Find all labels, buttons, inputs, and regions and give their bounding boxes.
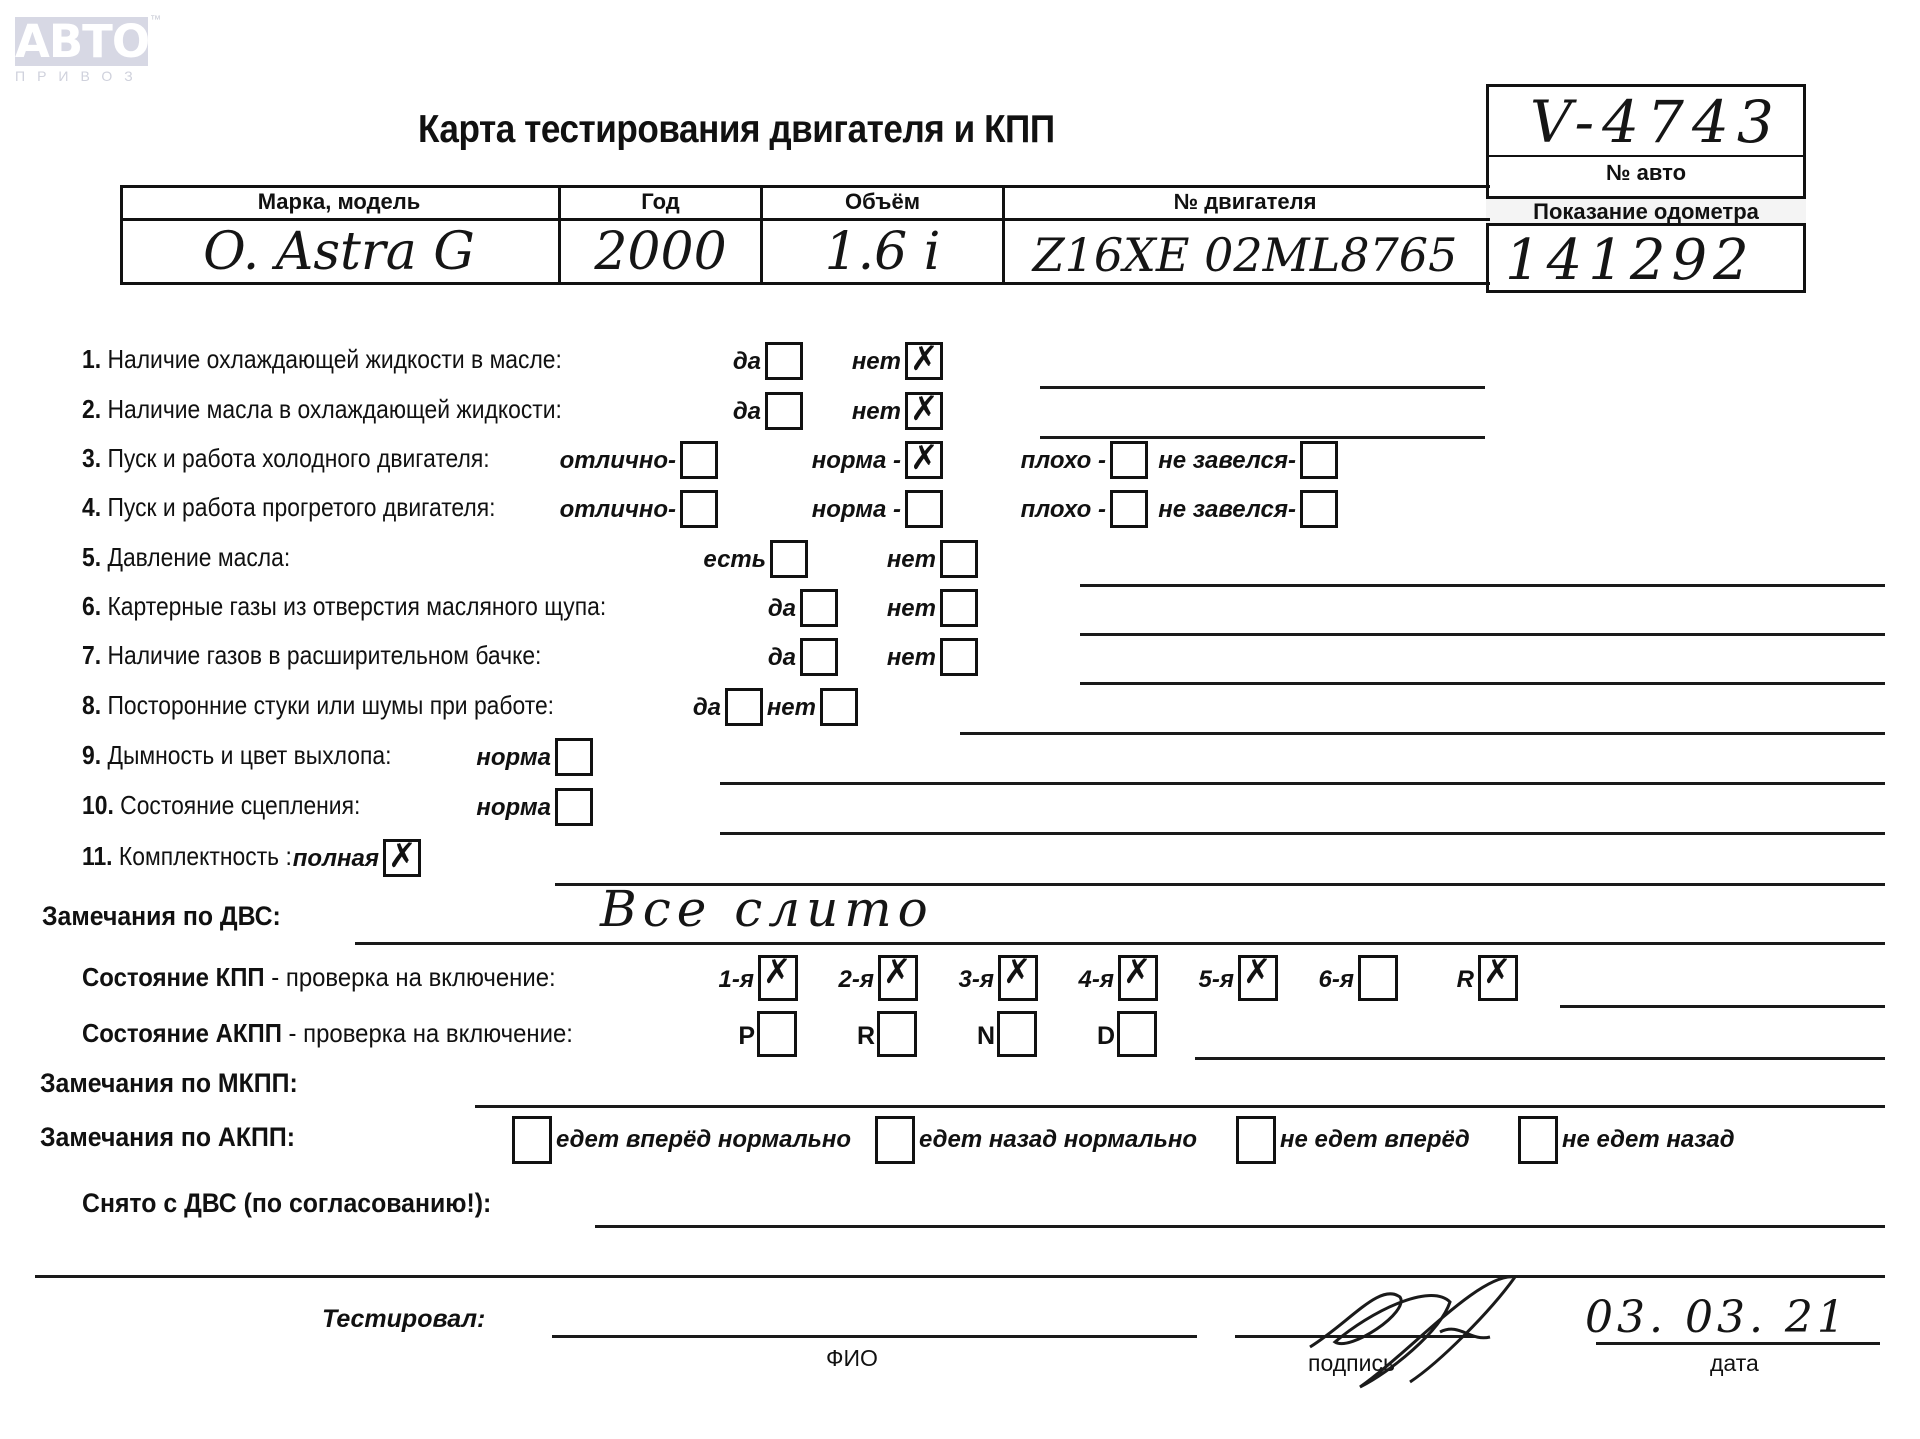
- removed-line: [595, 1225, 1885, 1228]
- gear-label: 4-я: [1079, 966, 1114, 994]
- gear-checkbox[interactable]: ✗: [878, 955, 918, 1001]
- option-label: нет: [852, 348, 901, 376]
- option-label: плохо -: [1021, 447, 1106, 475]
- checkbox[interactable]: [725, 688, 763, 726]
- question-label: Состояние сцепления:: [120, 790, 360, 820]
- option-label: норма -: [812, 447, 901, 475]
- question-number: 6.: [82, 591, 107, 621]
- manual-gearbox-label-bold: Состояние КПП: [82, 962, 265, 992]
- notes-line: [720, 782, 1885, 785]
- gear-checkbox[interactable]: ✗: [1238, 955, 1278, 1001]
- question-number: 7.: [82, 640, 107, 670]
- option-label: норма: [476, 794, 551, 822]
- question-number: 4.: [82, 492, 107, 522]
- question-text: 6. Картерные газы из отверстия масляного…: [82, 591, 606, 622]
- checkbox[interactable]: [940, 589, 978, 627]
- gear-checkbox[interactable]: ✗: [998, 955, 1038, 1001]
- auto-remark-label: едет вперёд нормально: [556, 1126, 851, 1154]
- checkbox[interactable]: [765, 342, 803, 380]
- position-checkbox[interactable]: [997, 1011, 1037, 1057]
- question-number: 5.: [82, 542, 107, 572]
- check-mark-icon: ✗: [763, 952, 792, 992]
- checkbox[interactable]: ✗: [905, 441, 943, 479]
- question-label: Пуск и работа холодного двигателя:: [107, 443, 489, 473]
- manual-gearbox-label: Состояние КПП - проверка на включение:: [82, 962, 556, 993]
- question-text: 10. Состояние сцепления:: [82, 790, 360, 821]
- question-label: Наличие охлаждающей жидкости в масле:: [107, 344, 561, 374]
- table-divider: [120, 218, 1490, 221]
- option-label: плохо -: [1021, 496, 1106, 524]
- question-text: 9. Дымность и цвет выхлопа:: [82, 740, 391, 771]
- question-number: 1.: [82, 344, 107, 374]
- date-value: 03. 03. 21: [1585, 1292, 1849, 1343]
- page-title: Карта тестирования двигателя и КПП: [418, 108, 1055, 152]
- auto-gearbox-label: Состояние АКПП - проверка на включение:: [82, 1018, 573, 1049]
- question-number: 8.: [82, 690, 107, 720]
- position-label: N: [977, 1022, 995, 1051]
- auto-remarks-label: Замечания по АКПП:: [40, 1122, 295, 1153]
- option-label: да: [733, 398, 761, 426]
- option-label: да: [768, 644, 796, 672]
- question-text: 8. Посторонние стуки или шумы при работе…: [82, 690, 554, 721]
- make-model-value: O. Astra G: [120, 222, 558, 282]
- question-text: 3. Пуск и работа холодного двигателя:: [82, 443, 490, 474]
- option-label: нет: [887, 595, 936, 623]
- checkbox[interactable]: [770, 540, 808, 578]
- checkbox[interactable]: [1110, 441, 1148, 479]
- option-label: есть: [703, 546, 766, 574]
- checkbox[interactable]: ✗: [905, 342, 943, 380]
- checkbox[interactable]: ✗: [905, 392, 943, 430]
- logo: АВТО: [15, 17, 148, 66]
- question-label: Наличие масла в охлаждающей жидкости:: [107, 394, 561, 424]
- question-text: 4. Пуск и работа прогретого двигателя:: [82, 492, 495, 523]
- odometer-label: Показание одометра: [1486, 196, 1806, 226]
- checkbox[interactable]: [1300, 490, 1338, 528]
- checkbox[interactable]: [940, 540, 978, 578]
- question-label: Давление масла:: [107, 542, 290, 572]
- column-header-make-model: Марка, модель: [120, 189, 558, 215]
- manual-gearbox-line: [1560, 1005, 1885, 1008]
- notes-line: [1080, 584, 1885, 587]
- option-label: да: [693, 694, 721, 722]
- notes-line: [1080, 633, 1885, 636]
- option-label: норма -: [812, 496, 901, 524]
- manual-gearbox-label-rest: - проверка на включение:: [265, 962, 556, 992]
- checkbox[interactable]: [905, 490, 943, 528]
- option-label: нет: [852, 398, 901, 426]
- auto-gearbox-label-rest: - проверка на включение:: [282, 1018, 573, 1048]
- removed-label: Снято с ДВС (по согласованию!):: [82, 1188, 491, 1219]
- check-mark-icon: ✗: [910, 389, 939, 429]
- gear-checkbox[interactable]: ✗: [758, 955, 798, 1001]
- position-checkbox[interactable]: [877, 1011, 917, 1057]
- checkbox[interactable]: [940, 638, 978, 676]
- position-label: D: [1097, 1022, 1115, 1051]
- auto-remark-label: едет назад нормально: [919, 1126, 1197, 1154]
- checkbox[interactable]: ✗: [383, 839, 421, 877]
- position-checkbox[interactable]: [757, 1011, 797, 1057]
- gear-checkbox[interactable]: ✗: [1118, 955, 1158, 1001]
- volume-value: 1.6 i: [763, 222, 1002, 282]
- check-mark-icon: ✗: [1483, 952, 1512, 992]
- checkbox[interactable]: [820, 688, 858, 726]
- checkbox[interactable]: [555, 788, 593, 826]
- question-label: Посторонние стуки или шумы при работе:: [107, 690, 554, 720]
- option-label: нет: [887, 546, 936, 574]
- question-number: 9.: [82, 740, 107, 770]
- position-label: P: [738, 1022, 755, 1051]
- checkbox[interactable]: [680, 490, 718, 528]
- check-mark-icon: ✗: [388, 836, 417, 876]
- option-label: отлично-: [560, 447, 676, 475]
- question-text: 5. Давление масла:: [82, 542, 290, 573]
- auto-remark-label: не едет назад: [1562, 1126, 1735, 1154]
- gear-label: 5-я: [1199, 966, 1234, 994]
- column-header-volume: Объём: [763, 189, 1002, 215]
- notes-line: [1040, 386, 1485, 389]
- auto-remark-checkbox[interactable]: [1236, 1116, 1276, 1164]
- checkbox[interactable]: [800, 638, 838, 676]
- question-text: 11. Комплектность :: [82, 841, 292, 872]
- gear-checkbox[interactable]: [1358, 955, 1398, 1001]
- logo-trademark: ™: [150, 14, 161, 26]
- gear-label: 2-я: [839, 966, 874, 994]
- checkbox[interactable]: [1300, 441, 1338, 479]
- check-mark-icon: ✗: [910, 339, 939, 379]
- notes-line: [1080, 682, 1885, 685]
- engine-number-value: Z16XE 02ML8765: [1005, 228, 1485, 282]
- question-number: 11.: [82, 841, 119, 871]
- gear-label: R: [1457, 966, 1474, 994]
- position-label: R: [857, 1022, 875, 1051]
- checkbox[interactable]: [680, 441, 718, 479]
- option-label: норма: [476, 744, 551, 772]
- question-text: 2. Наличие масла в охлаждающей жидкости:: [82, 394, 562, 425]
- auto-remark-label: не едет вперёд: [1280, 1126, 1470, 1154]
- question-text: 7. Наличие газов в расширительном бачке:: [82, 640, 541, 671]
- option-label: полная: [293, 845, 379, 873]
- signature-icon: [1290, 1262, 1550, 1402]
- check-mark-icon: ✗: [1243, 952, 1272, 992]
- checkbox[interactable]: [800, 589, 838, 627]
- name-caption: ФИО: [826, 1345, 878, 1372]
- question-label: Пуск и работа прогретого двигателя:: [107, 492, 495, 522]
- checkbox[interactable]: [765, 392, 803, 430]
- check-mark-icon: ✗: [910, 438, 939, 478]
- check-mark-icon: ✗: [883, 952, 912, 992]
- question-text: 1. Наличие охлаждающей жидкости в масле:: [82, 344, 562, 375]
- auto-remark-checkbox[interactable]: [512, 1116, 552, 1164]
- logo-subtitle: ПРИВОЗ: [15, 68, 150, 84]
- manual-remarks-label: Замечания по МКПП:: [40, 1068, 298, 1099]
- manual-remarks-line: [475, 1105, 1885, 1108]
- notes-line: [1040, 436, 1485, 439]
- date-caption: дата: [1710, 1350, 1759, 1377]
- question-number: 2.: [82, 394, 107, 424]
- auto-remark-checkbox[interactable]: [875, 1116, 915, 1164]
- check-mark-icon: ✗: [1003, 952, 1032, 992]
- tested-by-label: Тестировал:: [322, 1305, 485, 1334]
- question-label: Картерные газы из отверстия масляного щу…: [107, 591, 606, 621]
- option-label: не завелся-: [1158, 447, 1296, 475]
- gear-label: 3-я: [959, 966, 994, 994]
- engine-remarks-label: Замечания по ДВС:: [42, 901, 281, 932]
- gear-checkbox[interactable]: ✗: [1478, 955, 1518, 1001]
- vehicle-number-label: № авто: [1486, 160, 1806, 186]
- notes-line: [960, 732, 1885, 735]
- question-label: Наличие газов в расширительном бачке:: [107, 640, 541, 670]
- column-header-year: Год: [561, 189, 760, 215]
- checkbox[interactable]: [1110, 490, 1148, 528]
- question-label: Дымность и цвет выхлопа:: [107, 740, 391, 770]
- name-line: [552, 1335, 1197, 1338]
- question-number: 3.: [82, 443, 107, 473]
- option-label: да: [733, 348, 761, 376]
- question-label: Комплектность :: [119, 841, 292, 871]
- option-label: нет: [767, 694, 816, 722]
- option-label: да: [768, 595, 796, 623]
- option-label: отлично-: [560, 496, 676, 524]
- notes-line: [720, 832, 1885, 835]
- gear-label: 6-я: [1319, 966, 1354, 994]
- option-label: не завелся-: [1158, 496, 1296, 524]
- engine-remarks-line: [355, 942, 1885, 945]
- odometer-value: 141292: [1505, 228, 1755, 293]
- auto-gearbox-line: [1195, 1057, 1885, 1060]
- position-checkbox[interactable]: [1117, 1011, 1157, 1057]
- gear-label: 1-я: [719, 966, 754, 994]
- removed-line-2: [35, 1275, 1885, 1278]
- auto-gearbox-label-bold: Состояние АКПП: [82, 1018, 282, 1048]
- question-number: 10.: [82, 790, 120, 820]
- engine-remarks-value[interactable]: Все слито: [600, 880, 934, 938]
- auto-remark-checkbox[interactable]: [1518, 1116, 1558, 1164]
- checkbox[interactable]: [555, 738, 593, 776]
- option-label: нет: [887, 644, 936, 672]
- year-value: 2000: [561, 222, 760, 282]
- vehicle-number-value: V-4743: [1530, 88, 1782, 156]
- column-header-engine-number: № двигателя: [1005, 189, 1485, 215]
- check-mark-icon: ✗: [1123, 952, 1152, 992]
